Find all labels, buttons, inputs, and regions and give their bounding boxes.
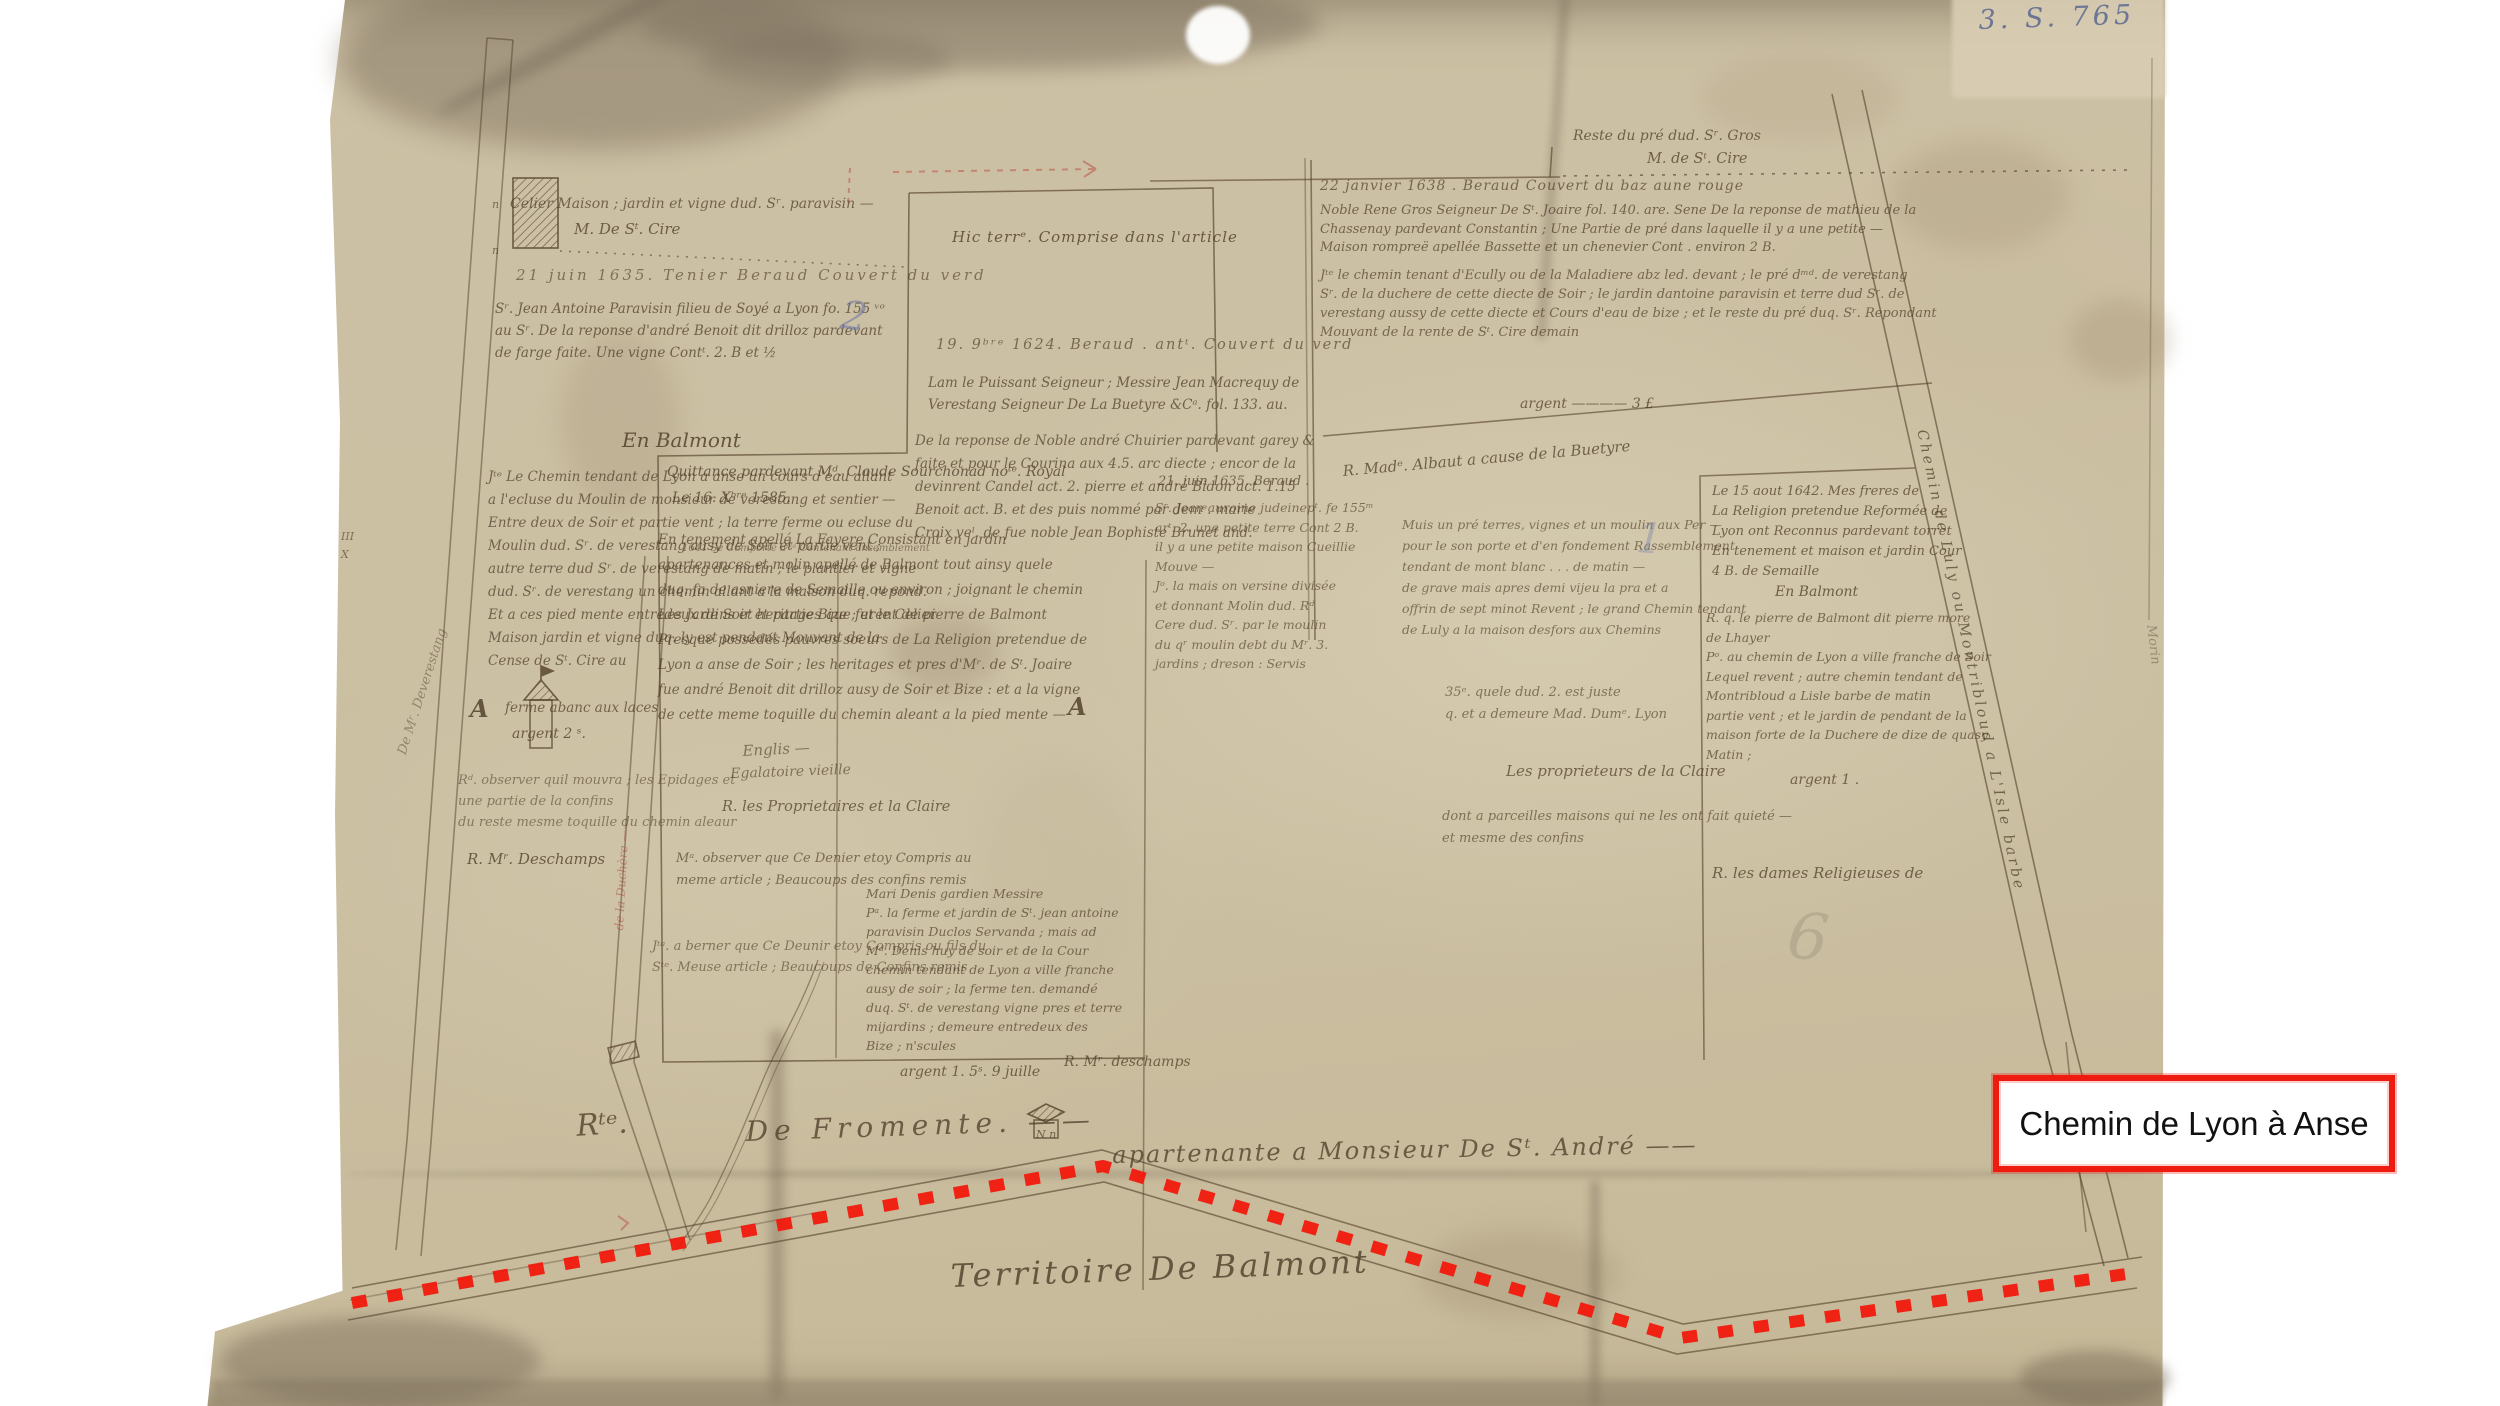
parcel-note-tr-1: Reste du pré dud. Sʳ. Gros xyxy=(1573,128,1761,146)
entry-1635-header: 21 juin 1635. Tenier Beraud Couvert du v… xyxy=(516,266,987,285)
block-midright-2: 35ᵉ. quele dud. 2. est justeq. et a deme… xyxy=(1445,682,1667,726)
entry-1638-text2: Jᵗᵉ le chemin tenant d'Ecully ou de la M… xyxy=(1320,266,1937,342)
heading-en-balmont-left: En Balmont xyxy=(622,428,741,453)
bottom-road-border xyxy=(352,1150,2142,1324)
entry-fayere-text: En tenement apellé La Fayere Consistant … xyxy=(658,528,1087,728)
note-claire-right: Les proprieteurs de la Claire xyxy=(1506,762,1726,781)
note-religieuses: R. les dames Religieuses de xyxy=(1712,864,1923,883)
entry-1624-header: 19. 9ᵇʳᵉ 1624. Beraud . antᵗ. Couvert du… xyxy=(936,336,1353,354)
plan-linework xyxy=(0,0,2500,1406)
parcel-note-tl-2: M. De Sᵗ. Cire xyxy=(574,220,680,239)
route-annotation-label: Chemin de Lyon à Anse xyxy=(1993,1075,2395,1172)
note-argent-juille: argent 1. 5ˢ. 9 juille xyxy=(900,1064,1040,1082)
archive-mark: 3. S. 765 xyxy=(1978,0,2136,38)
entry-1585-date: Le 16. Xᵇʳᵉ 1585. xyxy=(672,490,791,508)
route-annotation-text: Chemin de Lyon à Anse xyxy=(2019,1105,2368,1143)
entry-1638-header: 22 janvier 1638 . Beraud Couvert du baz … xyxy=(1320,178,1744,196)
heading-en-balmont-right: En Balmont xyxy=(1775,584,1858,602)
entry-1635-block: Sʳ. Jean Antoine Paravisin filieu de Soy… xyxy=(495,298,885,364)
entry-1635-lane-header: 21. juin 1635. Beraud . xyxy=(1158,474,1309,490)
entry-1638-text1: Noble Rene Gros Seigneur De Sᵗ. Joaire f… xyxy=(1320,202,1916,258)
column-denis: Mari Denis gardien MessirePᵃ. la ferme e… xyxy=(866,884,1122,1055)
vertical-marks: IIIX xyxy=(341,528,354,564)
note-ferme: ferme abanc aux laces xyxy=(505,700,658,717)
note-argent-3: argent ———— 3 £ xyxy=(1520,396,1654,414)
note-proprietaires: R. les Proprietaires et la Claire xyxy=(722,798,950,816)
note-observer-left: Rᵈ. observer quil mouvra ; les Epidages … xyxy=(458,770,736,833)
central-parcel-title: Hic terrᵉ. Comprise dans l'article xyxy=(952,228,1238,247)
note-deschamps-left: R. Mʳ. Deschamps xyxy=(467,850,605,869)
entry-1585-header: Quittance pardevant Mᵈ. Claude Sourchona… xyxy=(667,464,1066,482)
block-midright-3: dont a parceilles maisons qui ne les ont… xyxy=(1442,806,1792,850)
pencil-6: 6 xyxy=(1784,896,1833,980)
dotted-boundary-right xyxy=(1563,170,2128,176)
marker-a-central: A xyxy=(1068,692,1087,722)
note-englis: Englis — xyxy=(742,738,810,760)
dotted-boundary-left xyxy=(560,251,905,267)
entry-1642-text: Le 15 aout 1642. Mes freres deLa Religio… xyxy=(1712,482,1961,582)
block-midright: Muis un pré terres, vignes et un moulin … xyxy=(1402,514,1746,640)
marker-a-left: A xyxy=(470,694,489,724)
road-label-rte: Rᵗᵉ. xyxy=(575,1104,629,1145)
note-argent-2s: argent 2 ˢ. xyxy=(512,726,586,744)
parcel-note-tl-1: Celier Maison ; jardin et vigne dud. Sʳ.… xyxy=(510,196,874,214)
pencil-1: 1 xyxy=(1634,512,1664,566)
parcel-note-tr-2: M. de Sᵗ. Cire xyxy=(1647,150,1748,168)
entry-1635-lane: Sʳ. Jean auroine judeinepᵗ. fe 155ᵐarᵗ. … xyxy=(1155,498,1373,674)
entry-1624-seigneur: Lam le Puissant Seigneur ; Messire Jean … xyxy=(928,372,1299,416)
entry-1642-text2: R. q. le pierre de Balmont dit pierre mo… xyxy=(1706,608,1991,764)
hatch-marks: nn xyxy=(492,182,499,274)
entry-fayere-interline: 1641 Se Comporte aᵖˡᵃ Contenant ansemble… xyxy=(682,543,930,556)
note-deschamps-bottom: R. Mʳ. deschamps xyxy=(1064,1054,1191,1072)
scanned-map-page: Celier Maison ; jardin et vigne dud. Sʳ.… xyxy=(0,0,2500,1406)
note-argent-1: argent 1 . xyxy=(1790,772,1859,790)
